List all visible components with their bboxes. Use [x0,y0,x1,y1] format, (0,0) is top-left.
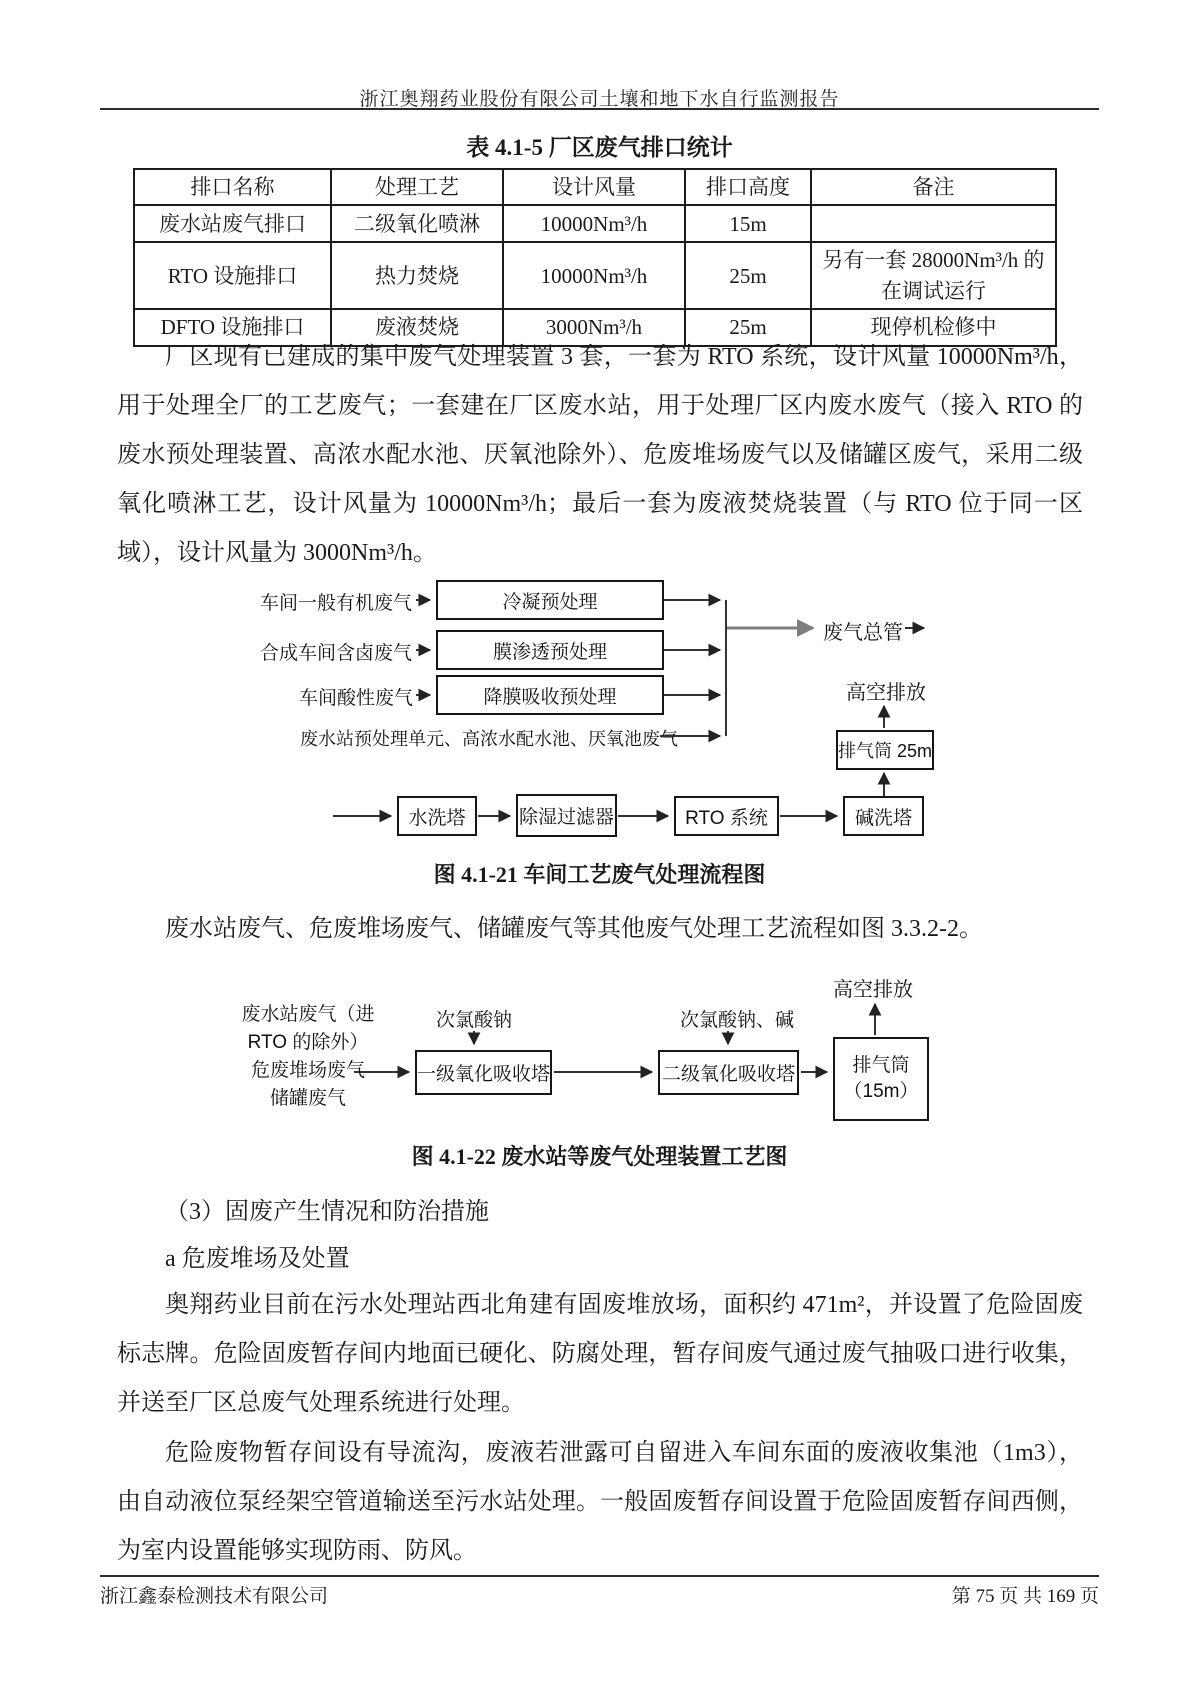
box-membrane-pretreatment: 膜渗透预处理 [436,630,664,670]
input-label-wastewater-units: 废水站预处理单元、高浓水配水池、厌氧池废气 [300,725,678,751]
box-falling-film-pretreatment: 降膜吸收预处理 [436,675,664,715]
cell-outlet-name: 废水站废气排口 [134,205,331,242]
table-row: 废水站废气排口 二级氧化喷淋 10000Nm³/h 15m [134,205,1056,242]
source-line: 废水站废气（进 [238,1001,378,1029]
box-condensation-pretreatment: 冷凝预处理 [436,580,664,620]
cell-remark: 另有一套 28000Nm³/h 的在调试运行 [811,242,1056,309]
label-main-gas-duct: 废气总管 [823,616,903,645]
footer-company: 浙江鑫泰检测技术有限公司 [100,1581,328,1608]
box-water-scrubber: 水洗塔 [397,796,477,836]
box-dehumidify-filter: 除湿过滤器 [516,794,617,837]
label-sodium-hypochlorite-alkali: 次氯酸钠、碱 [680,1005,794,1032]
paragraph-solid-waste-yard: 奥翔药业目前在污水处理站西北角建有固废堆放场，面积约 471m²，并设置了危险固… [117,1281,1083,1428]
box-alkali-scrubber: 碱洗塔 [843,796,924,836]
label-high-altitude-emission: 高空排放 [833,973,913,1002]
figure2-caption: 图 4.1-22 废水站等废气处理装置工艺图 [100,1140,1099,1171]
table-row: RTO 设施排口 热力焚烧 10000Nm³/h 25m 另有一套 28000N… [134,242,1056,309]
label-sodium-hypochlorite: 次氯酸钠 [436,1005,512,1032]
cell-outlet-name: RTO 设施排口 [134,242,331,309]
table-header-row: 排口名称 处理工艺 设计风量 排口高度 备注 [134,169,1056,205]
source-gas-list: 废水站废气（进 RTO 的除外） 危废堆场废气 储罐废气 [238,1001,378,1113]
box-stack-25m: 排气筒 25m [836,730,934,770]
cell-height: 15m [685,205,811,242]
cell-height: 25m [685,242,811,309]
cell-airflow: 10000Nm³/h [503,242,685,309]
footer-page-number: 第 75 页 共 169 页 [600,1581,1099,1608]
stack-name: 排气筒 [852,1053,909,1079]
page-header-title: 浙江奥翔药业股份有限公司土壤和地下水自行监测报告 [100,84,1099,111]
stack-height: （15m） [844,1079,919,1105]
box-first-stage-oxidation-tower: 一级氧化吸收塔 [415,1050,552,1095]
figure-wastewater-gas-treatment: 高空排放 废水站废气（进 RTO 的除外） 危废堆场废气 储罐废气 次氯酸钠 次… [100,963,1099,1131]
box-stack-15m: 排气筒 （15m） [833,1037,929,1121]
source-line: 储罐废气 [238,1085,378,1113]
input-label-halogen-gas: 合成车间含卤废气 [260,638,412,665]
box-second-stage-oxidation-tower: 二级氧化吸收塔 [658,1050,799,1095]
col-header: 处理工艺 [331,169,503,205]
figure-workshop-gas-flow: 车间一般有机废气 合成车间含卤废气 车间酸性废气 废水站预处理单元、高浓水配水池… [100,575,1099,847]
source-line: 危废堆场废气 [238,1057,378,1085]
col-header: 备注 [811,169,1056,205]
document-page: 浙江奥翔药业股份有限公司土壤和地下水自行监测报告 表 4.1-5 厂区废气排口统… [0,0,1199,1696]
source-line: RTO 的除外） [238,1029,378,1057]
col-header: 排口高度 [685,169,811,205]
heading-solid-waste: （3）固废产生情况和防治措施 [117,1188,1083,1237]
paragraph-leak-control: 危险废物暂存间设有导流沟，废液若泄露可自留进入车间东面的废液收集池（1m3），由… [117,1429,1083,1576]
cell-process: 二级氧化喷淋 [331,205,503,242]
paragraph-other-gas-flows: 废水站废气、危废堆场废气、储罐废气等其他废气处理工艺流程如图 3.3.2-2。 [117,905,1083,954]
paragraph-waste-gas-systems: 厂区现有已建成的集中废气处理装置 3 套，一套为 RTO 系统，设计风量 100… [117,333,1083,578]
input-label-acid-gas: 车间酸性废气 [299,683,413,710]
col-header: 排口名称 [134,169,331,205]
input-label-organic-gas: 车间一般有机废气 [260,588,412,615]
emission-outlet-table: 排口名称 处理工艺 设计风量 排口高度 备注 废水站废气排口 二级氧化喷淋 10… [133,168,1057,347]
cell-remark [811,205,1056,242]
label-high-altitude-emission: 高空排放 [846,676,926,705]
heading-hazardous-storage: a 危废堆场及处置 [117,1235,1083,1284]
figure1-caption: 图 4.1-21 车间工艺废气处理流程图 [100,858,1099,889]
footer-rule [100,1575,1099,1577]
header-rule [100,108,1099,110]
box-rto-system: RTO 系统 [674,796,779,836]
col-header: 设计风量 [503,169,685,205]
table-title: 表 4.1-5 厂区废气排口统计 [100,129,1099,162]
cell-process: 热力焚烧 [331,242,503,309]
cell-airflow: 10000Nm³/h [503,205,685,242]
